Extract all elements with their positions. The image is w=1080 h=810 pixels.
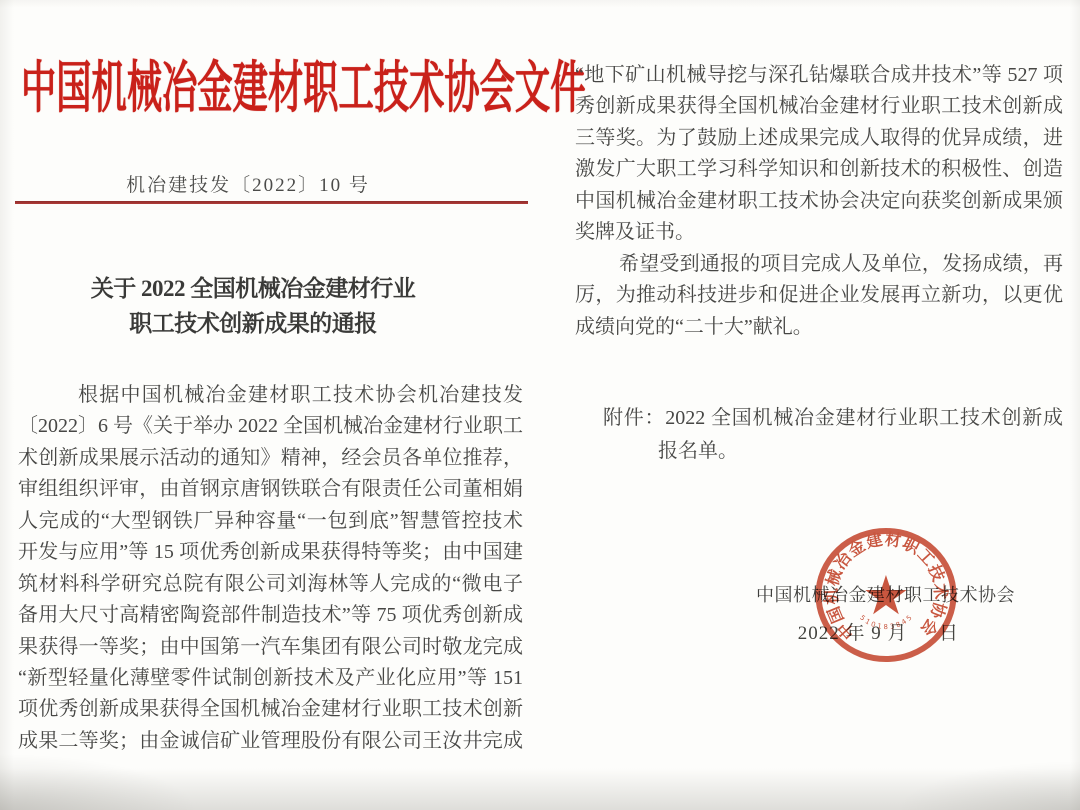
text-line: 根据中国机械冶金建材职工技术协会机冶建技发 [18,380,523,411]
scanned-document-page: 中国机械冶金建材职工技术协会文件 机冶建技发〔2022〕10 号 关于 2022… [0,0,1080,810]
seal-star-icon: ★ [862,564,910,627]
right-paragraph-2: 希望受到通报的项目完成人及单位，发扬成绩，再接再厉，为推动科技进步和促进企业发展… [575,249,1063,343]
attachment-note: 附件：2022 全国机械冶金建材行业职工技术创新成果通报名单。 [575,402,1063,467]
text-line: 开发与应用”等 15 项优秀创新成果获得特等奖；由中国建 [18,537,523,568]
official-seal-stamp: 中国机械冶金建材职工技术协会 ★ 5101838458 [801,514,971,680]
text-line: 奖牌及证书。 [575,217,1063,248]
text-line: 果获得一等奖；由中国第一汽车集团有限公司时敬龙完成的 [18,632,523,663]
text-line: 成绩向党的“二十大”献礼。 [575,312,1063,343]
document-title-line1: 关于 2022 全国机械冶金建材行业 [18,271,488,306]
red-rule-divider [15,201,528,204]
text-line: 审组组织评审，由首钢京唐钢铁联合有限责任公司董相娟等 [18,474,523,505]
text-line: 三等奖。为了鼓励上述成果完成人取得的优异成绩，进一步 [575,123,1063,154]
text-line: “新型轻量化薄壁零件试制创新技术及产业化应用”等 151 [18,663,523,694]
right-paragraph-1: “地下矿山机械导挖与深孔钻爆联合成井技术”等 527 项优秀创新成果获得全国机械… [575,60,1063,249]
text-line: 附件：2022 全国机械冶金建材行业职工技术创新成果通 [575,402,1063,435]
text-line: 报名单。 [575,435,1063,468]
text-line: 厉，为推动科技进步和促进企业发展再立新功，以更优异的 [575,280,1063,311]
text-line: 〔2022〕6 号《关于举办 2022 全国机械冶金建材行业职工技 [18,411,523,442]
left-body-paragraph: 根据中国机械冶金建材职工技术协会机冶建技发〔2022〕6 号《关于举办 2022… [18,380,523,757]
text-line: 人完成的“大型钢铁厂异种容量“一包到底”智慧管控技术 [18,506,523,537]
text-line: 成果二等奖；由金诚信矿业管理股份有限公司王汝井完成的 [18,726,523,757]
text-line: “地下矿山机械导挖与深孔钻爆联合成井技术”等 527 项优 [575,60,1063,91]
document-title: 关于 2022 全国机械冶金建材行业 职工技术创新成果的通报 [18,271,488,341]
document-title-line2: 职工技术创新成果的通报 [18,306,488,341]
text-line: 术创新成果展示活动的通知》精神，经会员各单位推荐，评 [18,443,523,474]
doc-number: 机冶建技发〔2022〕10 号 [18,170,478,197]
text-line: 希望受到通报的项目完成人及单位，发扬成绩，再接再 [575,249,1063,280]
text-line: 秀创新成果获得全国机械冶金建材行业职工技术创新成果 [575,91,1063,122]
text-line: 项优秀创新成果获得全国机械冶金建材行业职工技术创新 [18,694,523,725]
red-header-title: 中国机械冶金建材职工技术协会文件 [21,56,585,122]
text-line: 筑材料科学研究总院有限公司刘海林等人完成的“微电子装 [18,569,523,600]
text-line: 激发广大职工学习科学知识和创新技术的积极性、创造性， [575,154,1063,185]
text-line: 中国机械冶金建材职工技术协会决定向获奖创新成果颁发 [575,186,1063,217]
text-line: 备用大尺寸高精密陶瓷部件制造技术”等 75 项优秀创新成 [18,600,523,631]
